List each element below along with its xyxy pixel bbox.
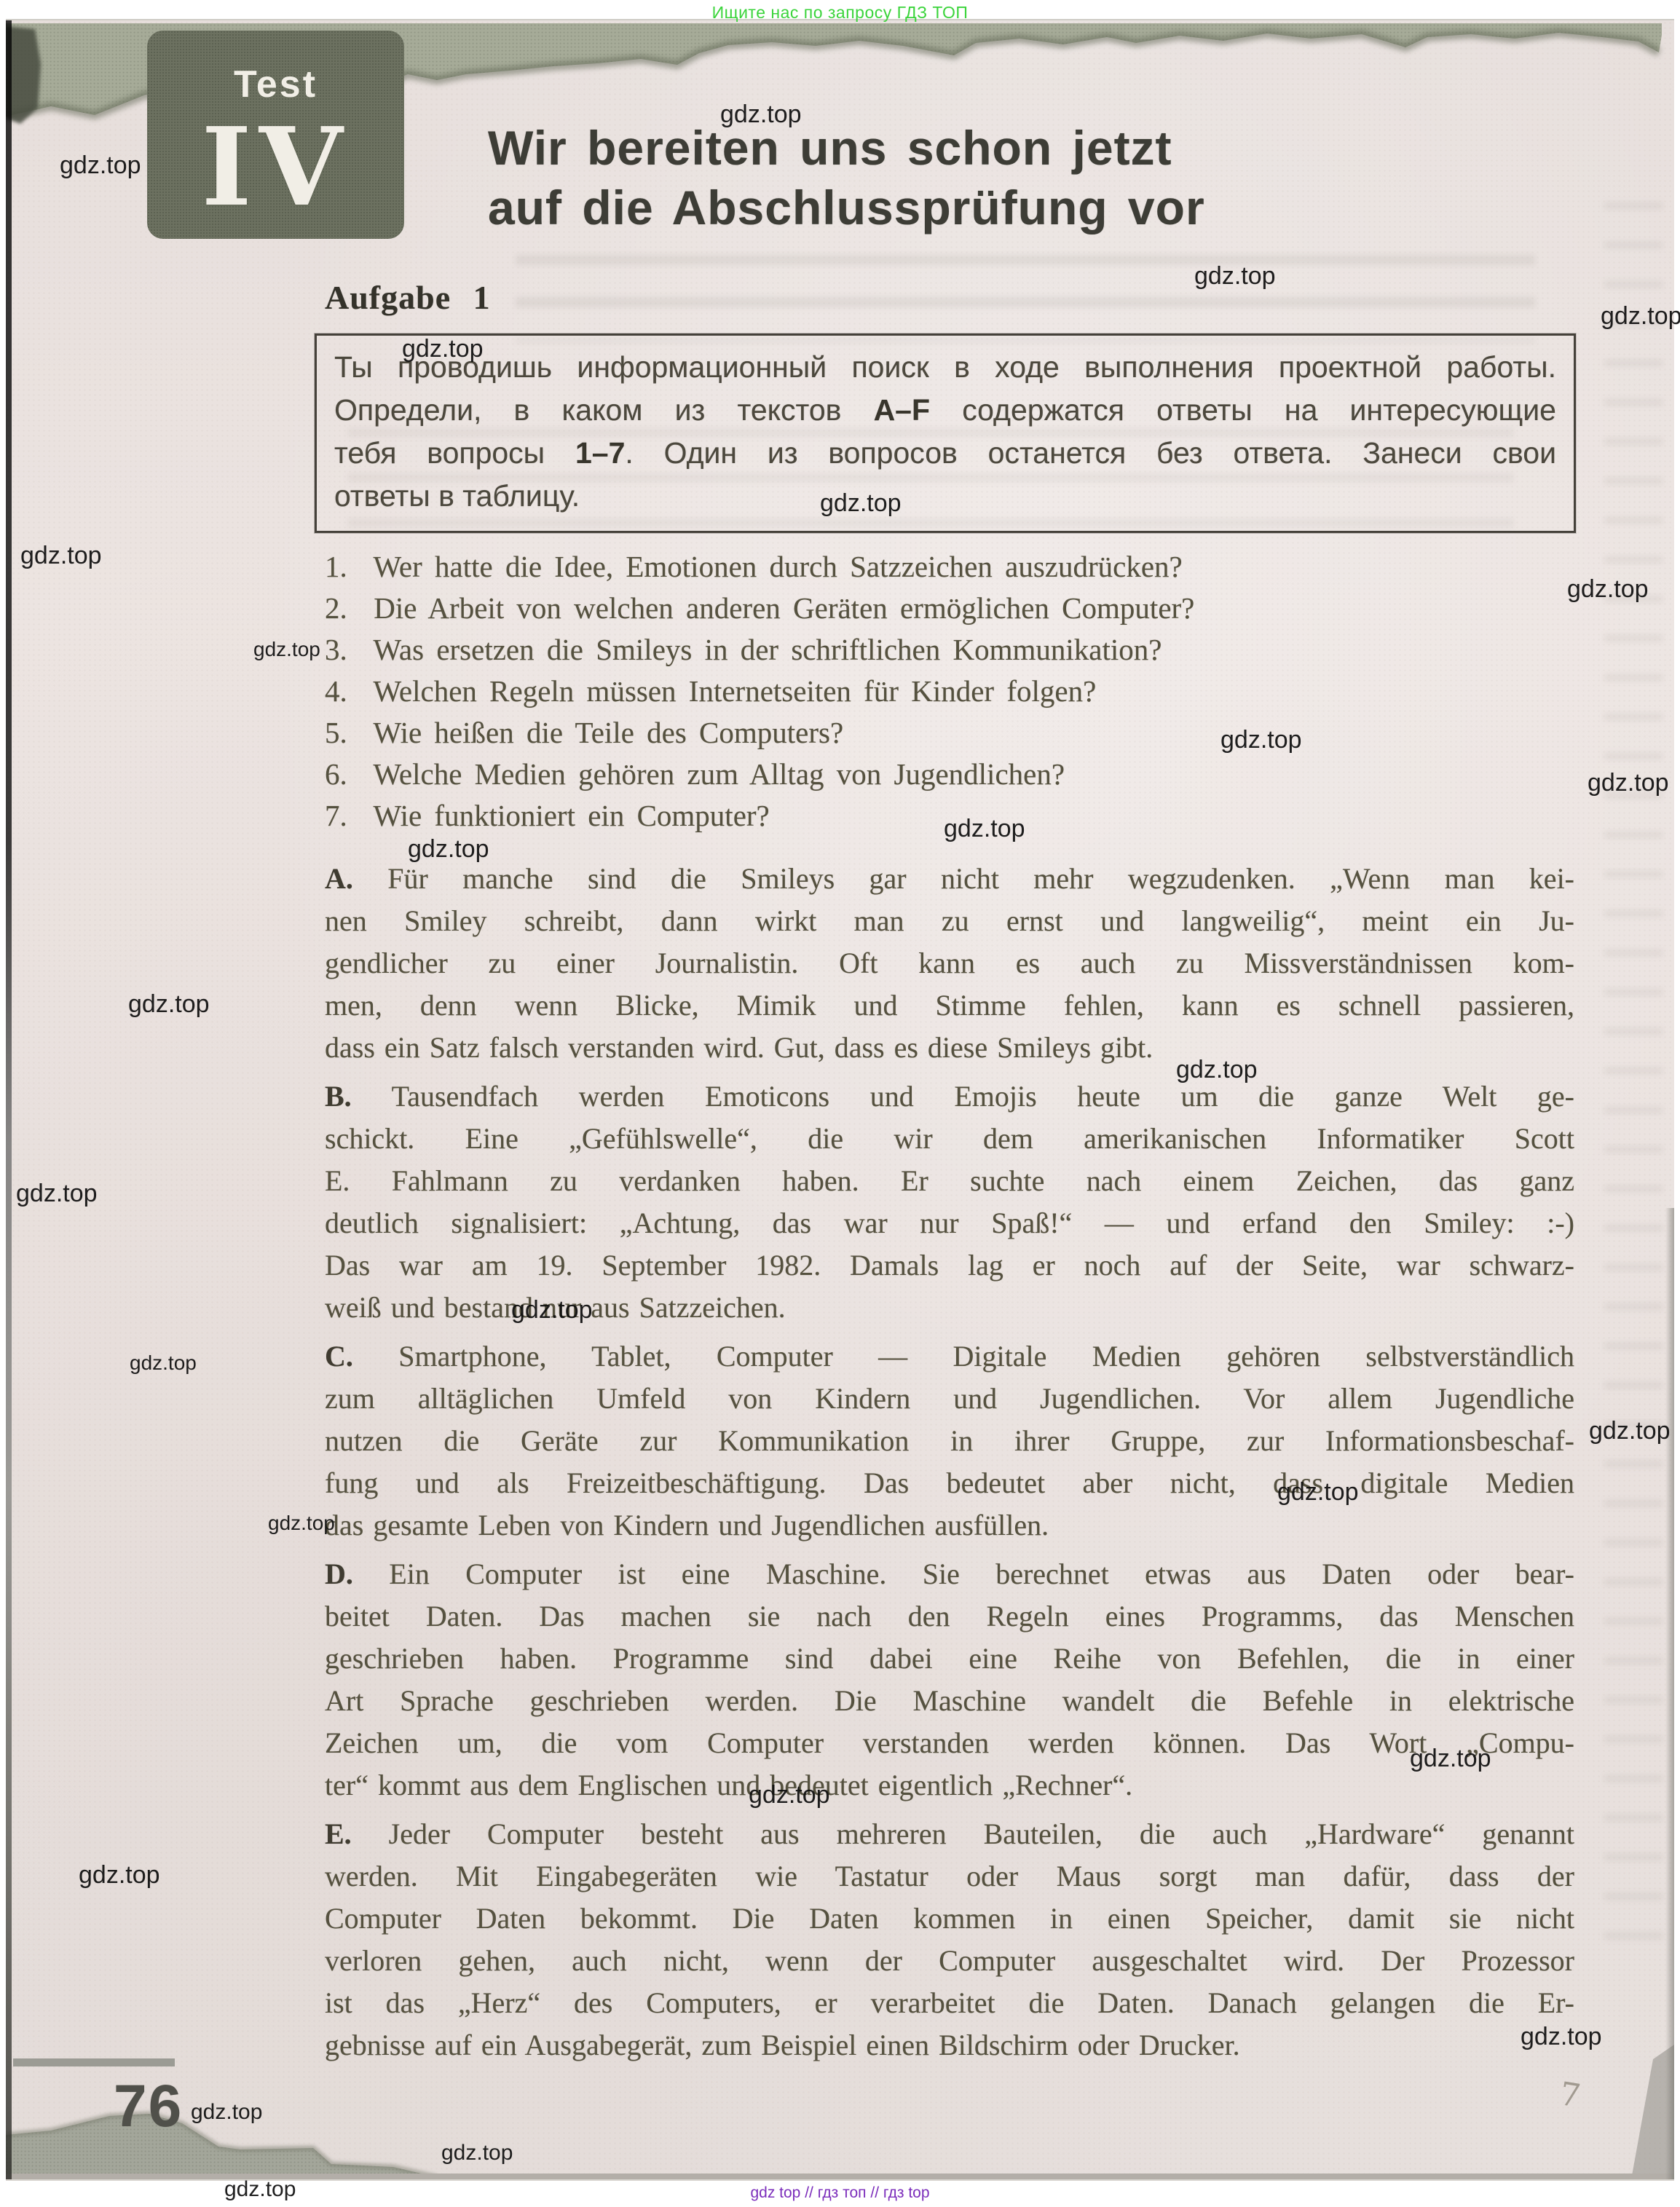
text-line: fung und als Freizeitbeschäftigung. Das … bbox=[325, 1462, 1574, 1504]
text-line: Zeichen um, die vom Computer verstanden … bbox=[325, 1722, 1574, 1764]
text-line: geschrieben haben. Programme sind dabei … bbox=[325, 1638, 1574, 1680]
scanned-page: Test IV Wir bereiten uns schon jetzt auf… bbox=[6, 20, 1674, 2179]
text-line: nen Smiley schreibt, dann wirkt man zu e… bbox=[325, 900, 1574, 942]
print-bleed-ghost bbox=[516, 255, 1535, 342]
question-text: Welche Medien gehören zum Alltag von Jug… bbox=[374, 757, 1065, 791]
text-line: ter“ kommt aus dem Englischen und bedeut… bbox=[325, 1764, 1574, 1807]
text-line: A. Für manche sind die Smileys gar nicht… bbox=[325, 858, 1574, 900]
text-line: E. Fahlmann zu verdanken haben. Er sucht… bbox=[325, 1160, 1574, 1202]
question-item: 4. Welchen Regeln müssen Internetseiten … bbox=[325, 671, 1574, 712]
text-paragraph-a: A. Für manche sind die Smileys gar nicht… bbox=[325, 858, 1574, 1069]
page-title-line1: Wir bereiten uns schon jetzt bbox=[488, 118, 1205, 178]
page-title: Wir bereiten uns schon jetzt auf die Abs… bbox=[488, 118, 1205, 237]
text-line: E. Jeder Computer besteht aus mehreren B… bbox=[325, 1813, 1574, 1855]
page: { "promo_top": { "text": "Ищите нас по з… bbox=[0, 0, 1680, 2207]
instruction-text: Ты проводишь информационный поиск в ходе… bbox=[334, 346, 1556, 518]
test-badge: Test IV bbox=[147, 31, 404, 239]
text-line: verloren gehen, auch nicht, wenn der Com… bbox=[325, 1940, 1574, 1982]
text-line: deutlich signalisiert: „Achtung, das war… bbox=[325, 1202, 1574, 1244]
task-heading: Aufgabe 1 bbox=[325, 278, 491, 317]
text-paragraph-c: C. Smartphone, Tablet, Computer — Digita… bbox=[325, 1335, 1574, 1547]
bottom-torn-paper bbox=[6, 2114, 444, 2179]
question-text: Welchen Regeln müssen Internetseiten für… bbox=[374, 674, 1097, 708]
test-badge-label: Test bbox=[147, 63, 404, 106]
instruction-line: ответы в таблицу. bbox=[334, 475, 1556, 518]
question-number: 3. bbox=[325, 629, 361, 671]
text-line: werden. Mit Eingabegeräten wie Tastatur … bbox=[325, 1855, 1574, 1898]
question-number: 6. bbox=[325, 754, 361, 795]
book-spine-shadow bbox=[6, 20, 12, 2179]
instruction-line: тебя вопросы 1–7. Один из вопросов остан… bbox=[334, 432, 1556, 475]
question-item: 6. Welche Medien gehören zum Alltag von … bbox=[325, 754, 1574, 795]
text-line: Das war am 19. September 1982. Damals la… bbox=[325, 1244, 1574, 1287]
test-badge-number: IV bbox=[147, 112, 404, 221]
text-line: C. Smartphone, Tablet, Computer — Digita… bbox=[325, 1335, 1574, 1378]
question-text: Wie funktioniert ein Computer? bbox=[374, 799, 770, 832]
text-line: gebnisse auf ein Ausgabegerät, zum Beisp… bbox=[325, 2024, 1574, 2066]
question-text: Wer hatte die Idee, Emotionen durch Satz… bbox=[374, 550, 1183, 583]
text-line: men, denn wenn Blicke, Mimik und Stimme … bbox=[325, 984, 1574, 1027]
question-item: 3. Was ersetzen die Smileys in der schri… bbox=[325, 629, 1574, 671]
text-paragraph-b: B. Tausendfach werden Emoticons und Emoj… bbox=[325, 1075, 1574, 1329]
page-right-edge-shadow bbox=[1665, 1208, 1674, 2179]
text-line: Art Sprache geschrieben werden. Die Masc… bbox=[325, 1680, 1574, 1722]
scan-bottom-edge bbox=[6, 2174, 1674, 2179]
instruction-line: Определи, в каком из текстов A–F содержа… bbox=[334, 389, 1556, 432]
question-text: Was ersetzen die Smileys in der schriftl… bbox=[374, 633, 1162, 666]
text-line: ist das „Herz“ des Computers, er verarbe… bbox=[325, 1982, 1574, 2024]
footer-rule bbox=[13, 2058, 175, 2066]
page-title-line2: auf die Abschlussprüfung vor bbox=[488, 178, 1205, 237]
text-line: D. Ein Computer ist eine Maschine. Sie b… bbox=[325, 1553, 1574, 1595]
question-text: Wie heißen die Teile des Computers? bbox=[374, 716, 844, 749]
footer-links: gdz top // гдз топ // гдз top bbox=[0, 2184, 1680, 2202]
reading-texts: A. Für manche sind die Smileys gar nicht… bbox=[325, 858, 1574, 2073]
text-line: Computer Daten bekommt. Die Daten kommen… bbox=[325, 1898, 1574, 1940]
text-line: weiß und bestand nur aus Satzzeichen. bbox=[325, 1287, 1574, 1329]
text-line: zum alltäglichen Umfeld von Kindern und … bbox=[325, 1378, 1574, 1420]
question-number: 2. bbox=[325, 588, 361, 629]
question-item: 7. Wie funktioniert ein Computer? bbox=[325, 795, 1574, 837]
page-number: 76 bbox=[114, 2072, 183, 2141]
text-paragraph-e: E. Jeder Computer besteht aus mehreren B… bbox=[325, 1813, 1574, 2066]
question-number: 5. bbox=[325, 712, 361, 754]
text-line: B. Tausendfach werden Emoticons und Emoj… bbox=[325, 1075, 1574, 1118]
print-bleed-ghost bbox=[1604, 202, 1663, 1950]
question-number: 4. bbox=[325, 671, 361, 712]
question-number: 1. bbox=[325, 546, 361, 588]
question-item: 5. Wie heißen die Teile des Computers? bbox=[325, 712, 1574, 754]
site-promo-text: Ищите нас по запросу ГДЗ ТОП bbox=[0, 3, 1680, 23]
text-paragraph-d: D. Ein Computer ist eine Maschine. Sie b… bbox=[325, 1553, 1574, 1807]
question-number: 7. bbox=[325, 795, 361, 837]
text-line: dass ein Satz falsch verstanden wird. Gu… bbox=[325, 1027, 1574, 1069]
question-list: 1. Wer hatte die Idee, Emotionen durch S… bbox=[325, 546, 1574, 837]
text-line: beitet Daten. Das machen sie nach den Re… bbox=[325, 1595, 1574, 1638]
instruction-box: Ты проводишь информационный поиск в ходе… bbox=[315, 333, 1576, 533]
text-line: das gesamte Leben von Kindern und Jugend… bbox=[325, 1504, 1574, 1547]
question-item: 1. Wer hatte die Idee, Emotionen durch S… bbox=[325, 546, 1574, 588]
question-text: Die Arbeit von welchen anderen Geräten e… bbox=[374, 591, 1194, 625]
text-line: schickt. Eine „Gefühlswelle“, die wir de… bbox=[325, 1118, 1574, 1160]
text-line: gendlicher zu einer Journalistin. Oft ka… bbox=[325, 942, 1574, 984]
instruction-line: Ты проводишь информационный поиск в ходе… bbox=[334, 346, 1556, 389]
text-line: nutzen die Geräte zur Kommunikation in i… bbox=[325, 1420, 1574, 1462]
question-item: 2. Die Arbeit von welchen anderen Geräte… bbox=[325, 588, 1574, 629]
